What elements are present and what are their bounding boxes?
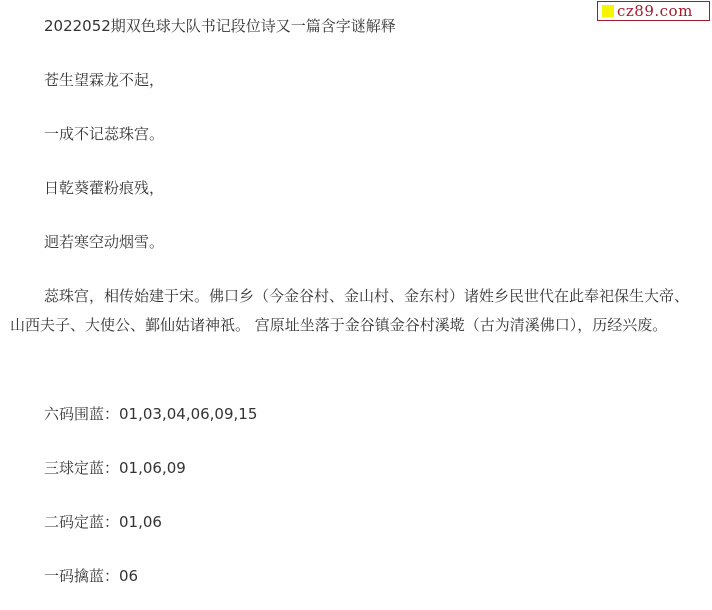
pick-value: 01,06	[119, 513, 162, 531]
pick-two-blue: 二码定蓝：01,06	[10, 512, 690, 532]
poem-line-2: 一成不记蕊珠宫。	[10, 124, 690, 144]
poem-line-1: 苍生望霖龙不起，	[10, 70, 690, 90]
poem-line-4: 迥若寒空动烟雪。	[10, 232, 690, 252]
pick-label: 三球定蓝：	[44, 459, 119, 477]
article-title: 2022052期双色球大队书记段位诗又一篇含字谜解释	[10, 16, 690, 36]
pick-value: 01,03,04,06,09,15	[119, 405, 257, 423]
pick-value: 06	[119, 567, 138, 585]
pick-one-blue: 一码擒蓝：06	[10, 566, 690, 586]
pick-label: 二码定蓝：	[44, 513, 119, 531]
pick-label: 六码围蓝：	[44, 405, 119, 423]
pick-six-blue: 六码围蓝：01,03,04,06,09,15	[10, 404, 690, 424]
poem-line-3: 日乾葵藿粉痕残，	[10, 178, 690, 198]
pick-label: 一码擒蓝：	[44, 567, 119, 585]
pick-value: 01,06,09	[119, 459, 186, 477]
explanation-paragraph: 蕊珠宫，相传始建于宋。佛口乡（今金谷村、金山村、金东村）诸姓乡民世代在此奉祀保生…	[10, 282, 690, 340]
pick-three-blue: 三球定蓝：01,06,09	[10, 458, 690, 478]
